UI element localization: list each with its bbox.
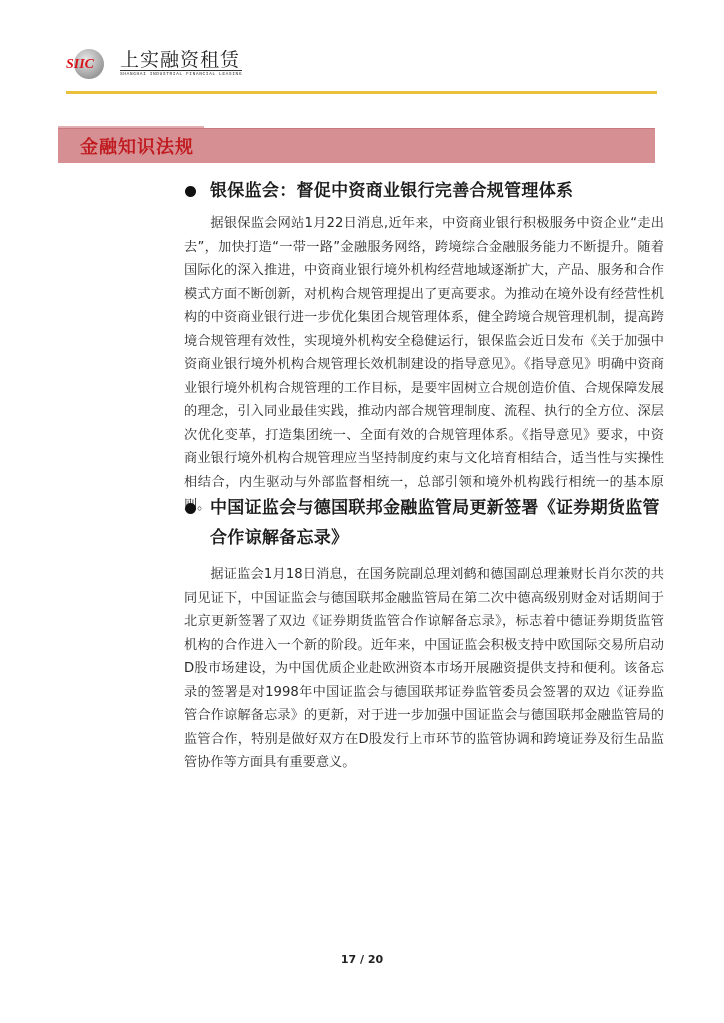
article-1-heading: 银保监会：督促中资商业银行完善合规管理体系 bbox=[186, 176, 573, 206]
company-logo: SIIC 上实融资租赁 SHANGHAI INDUSTRIAL FINANCIA… bbox=[66, 48, 242, 80]
article-2-body: 据证监会1月18日消息，在国务院副总理刘鹤和德国副总理兼财长肖尔茨的共同见证下，… bbox=[184, 563, 664, 775]
logo-siic-text: SIIC bbox=[66, 57, 94, 73]
company-name-en: SHANGHAI INDUSTRIAL FINANCIAL LEASING bbox=[120, 71, 242, 78]
article-2-heading: 中国证监会与德国联邦金融监管局更新签署《证券期货监管 合作谅解备忘录》 bbox=[186, 493, 660, 553]
page-number: 17 / 20 bbox=[0, 953, 724, 966]
article-2-title: 中国证监会与德国联邦金融监管局更新签署《证券期货监管 合作谅解备忘录》 bbox=[210, 493, 660, 553]
article-2-title-line2: 合作谅解备忘录》 bbox=[210, 528, 348, 548]
bullet-icon bbox=[185, 503, 196, 514]
bullet-icon bbox=[185, 186, 196, 197]
article-1-paragraph: 据银保监会网站1月22日消息,近年来，中资商业银行积极服务中资企业“走出去”，加… bbox=[184, 212, 664, 518]
logo-mark: SIIC bbox=[66, 49, 118, 79]
company-name-cn: 上实融资租赁 bbox=[120, 50, 242, 71]
section-header: 金融知识法规 bbox=[58, 128, 655, 163]
article-1-title: 银保监会：督促中资商业银行完善合规管理体系 bbox=[210, 176, 573, 206]
logo-text: 上实融资租赁 SHANGHAI INDUSTRIAL FINANCIAL LEA… bbox=[120, 50, 242, 78]
article-1-body: 据银保监会网站1月22日消息,近年来，中资商业银行积极服务中资企业“走出去”，加… bbox=[184, 212, 664, 518]
article-2-title-line1: 中国证监会与德国联邦金融监管局更新签署《证券期货监管 bbox=[210, 498, 660, 518]
article-2-paragraph: 据证监会1月18日消息，在国务院副总理刘鹤和德国副总理兼财长肖尔茨的共同见证下，… bbox=[184, 563, 664, 775]
header-divider bbox=[66, 91, 657, 94]
section-title: 金融知识法规 bbox=[80, 133, 194, 159]
